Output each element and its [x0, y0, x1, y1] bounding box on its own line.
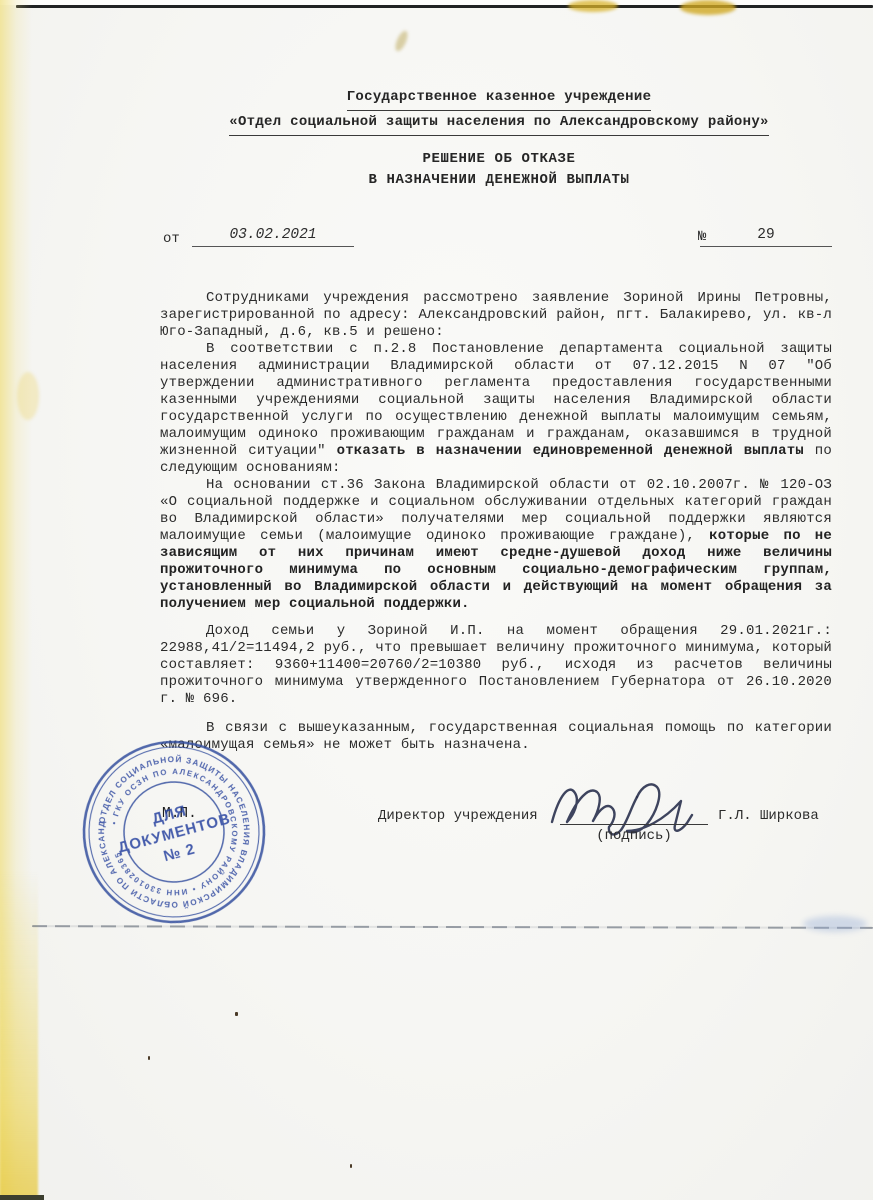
signature-line [560, 824, 708, 825]
paragraph-applicant: Сотрудниками учреждения рассмотрено заяв… [160, 290, 832, 341]
signature-name: Г.Л. Ширкова [718, 808, 819, 824]
document-body: Сотрудниками учреждения рассмотрено заяв… [160, 290, 832, 754]
scan-top-dark-line [16, 5, 873, 8]
organization-name-line2: «Отдел социальной защиты населения по Ал… [229, 111, 768, 136]
document-title-line2: В НАЗНАЧЕНИИ ДЕНЕЖНОЙ ВЫПЛАТЫ [163, 170, 835, 191]
signature-role-label: Директор учреждения [378, 808, 538, 824]
round-stamp-icon: ОТДЕЛ СОЦИАЛЬНОЙ ЗАЩИТЫ НАСЕЛЕНИЯ ВЛАДИМ… [67, 725, 281, 939]
scan-bottom-left-corner [0, 1195, 44, 1200]
handwritten-signature [548, 770, 708, 836]
dust-speck [148, 1056, 150, 1060]
paragraph-decision: В соответствии с п.2.8 Постановление деп… [160, 341, 832, 477]
date-value: 03.02.2021 [192, 227, 354, 247]
yellow-smudge [568, 0, 618, 12]
organization-header: Государственное казенное учреждение «Отд… [163, 86, 835, 136]
yellow-smudge [680, 0, 736, 15]
yellow-smudge [17, 372, 39, 420]
dust-speck [235, 1012, 238, 1016]
organization-name-line1: Государственное казенное учреждение [347, 86, 652, 111]
document-title: РЕШЕНИЕ ОБ ОТКАЗЕ В НАЗНАЧЕНИИ ДЕНЕЖНОЙ … [163, 149, 835, 191]
date-label: от [163, 231, 180, 247]
scanned-document-page: Государственное казенное учреждение «Отд… [0, 0, 873, 1200]
paragraph-decision-bold: отказать в назначении единовременной ден… [337, 443, 804, 459]
signature-caption: (подпись) [560, 828, 708, 844]
paragraph-law-basis: На основании ст.36 Закона Владимирской о… [160, 477, 832, 613]
paragraph-decision-text: В соответствии с п.2.8 Постановление деп… [160, 341, 832, 459]
blue-smudge [803, 916, 867, 932]
scan-left-yellow-edge-bottom [0, 870, 38, 1200]
paragraph-income-calculation: Доход семьи у Зориной И.П. на момент обр… [160, 623, 832, 708]
pencil-mark [393, 29, 410, 53]
dust-speck [350, 1164, 352, 1168]
number-value: 29 [700, 227, 832, 247]
document-title-line1: РЕШЕНИЕ ОБ ОТКАЗЕ [163, 149, 835, 170]
